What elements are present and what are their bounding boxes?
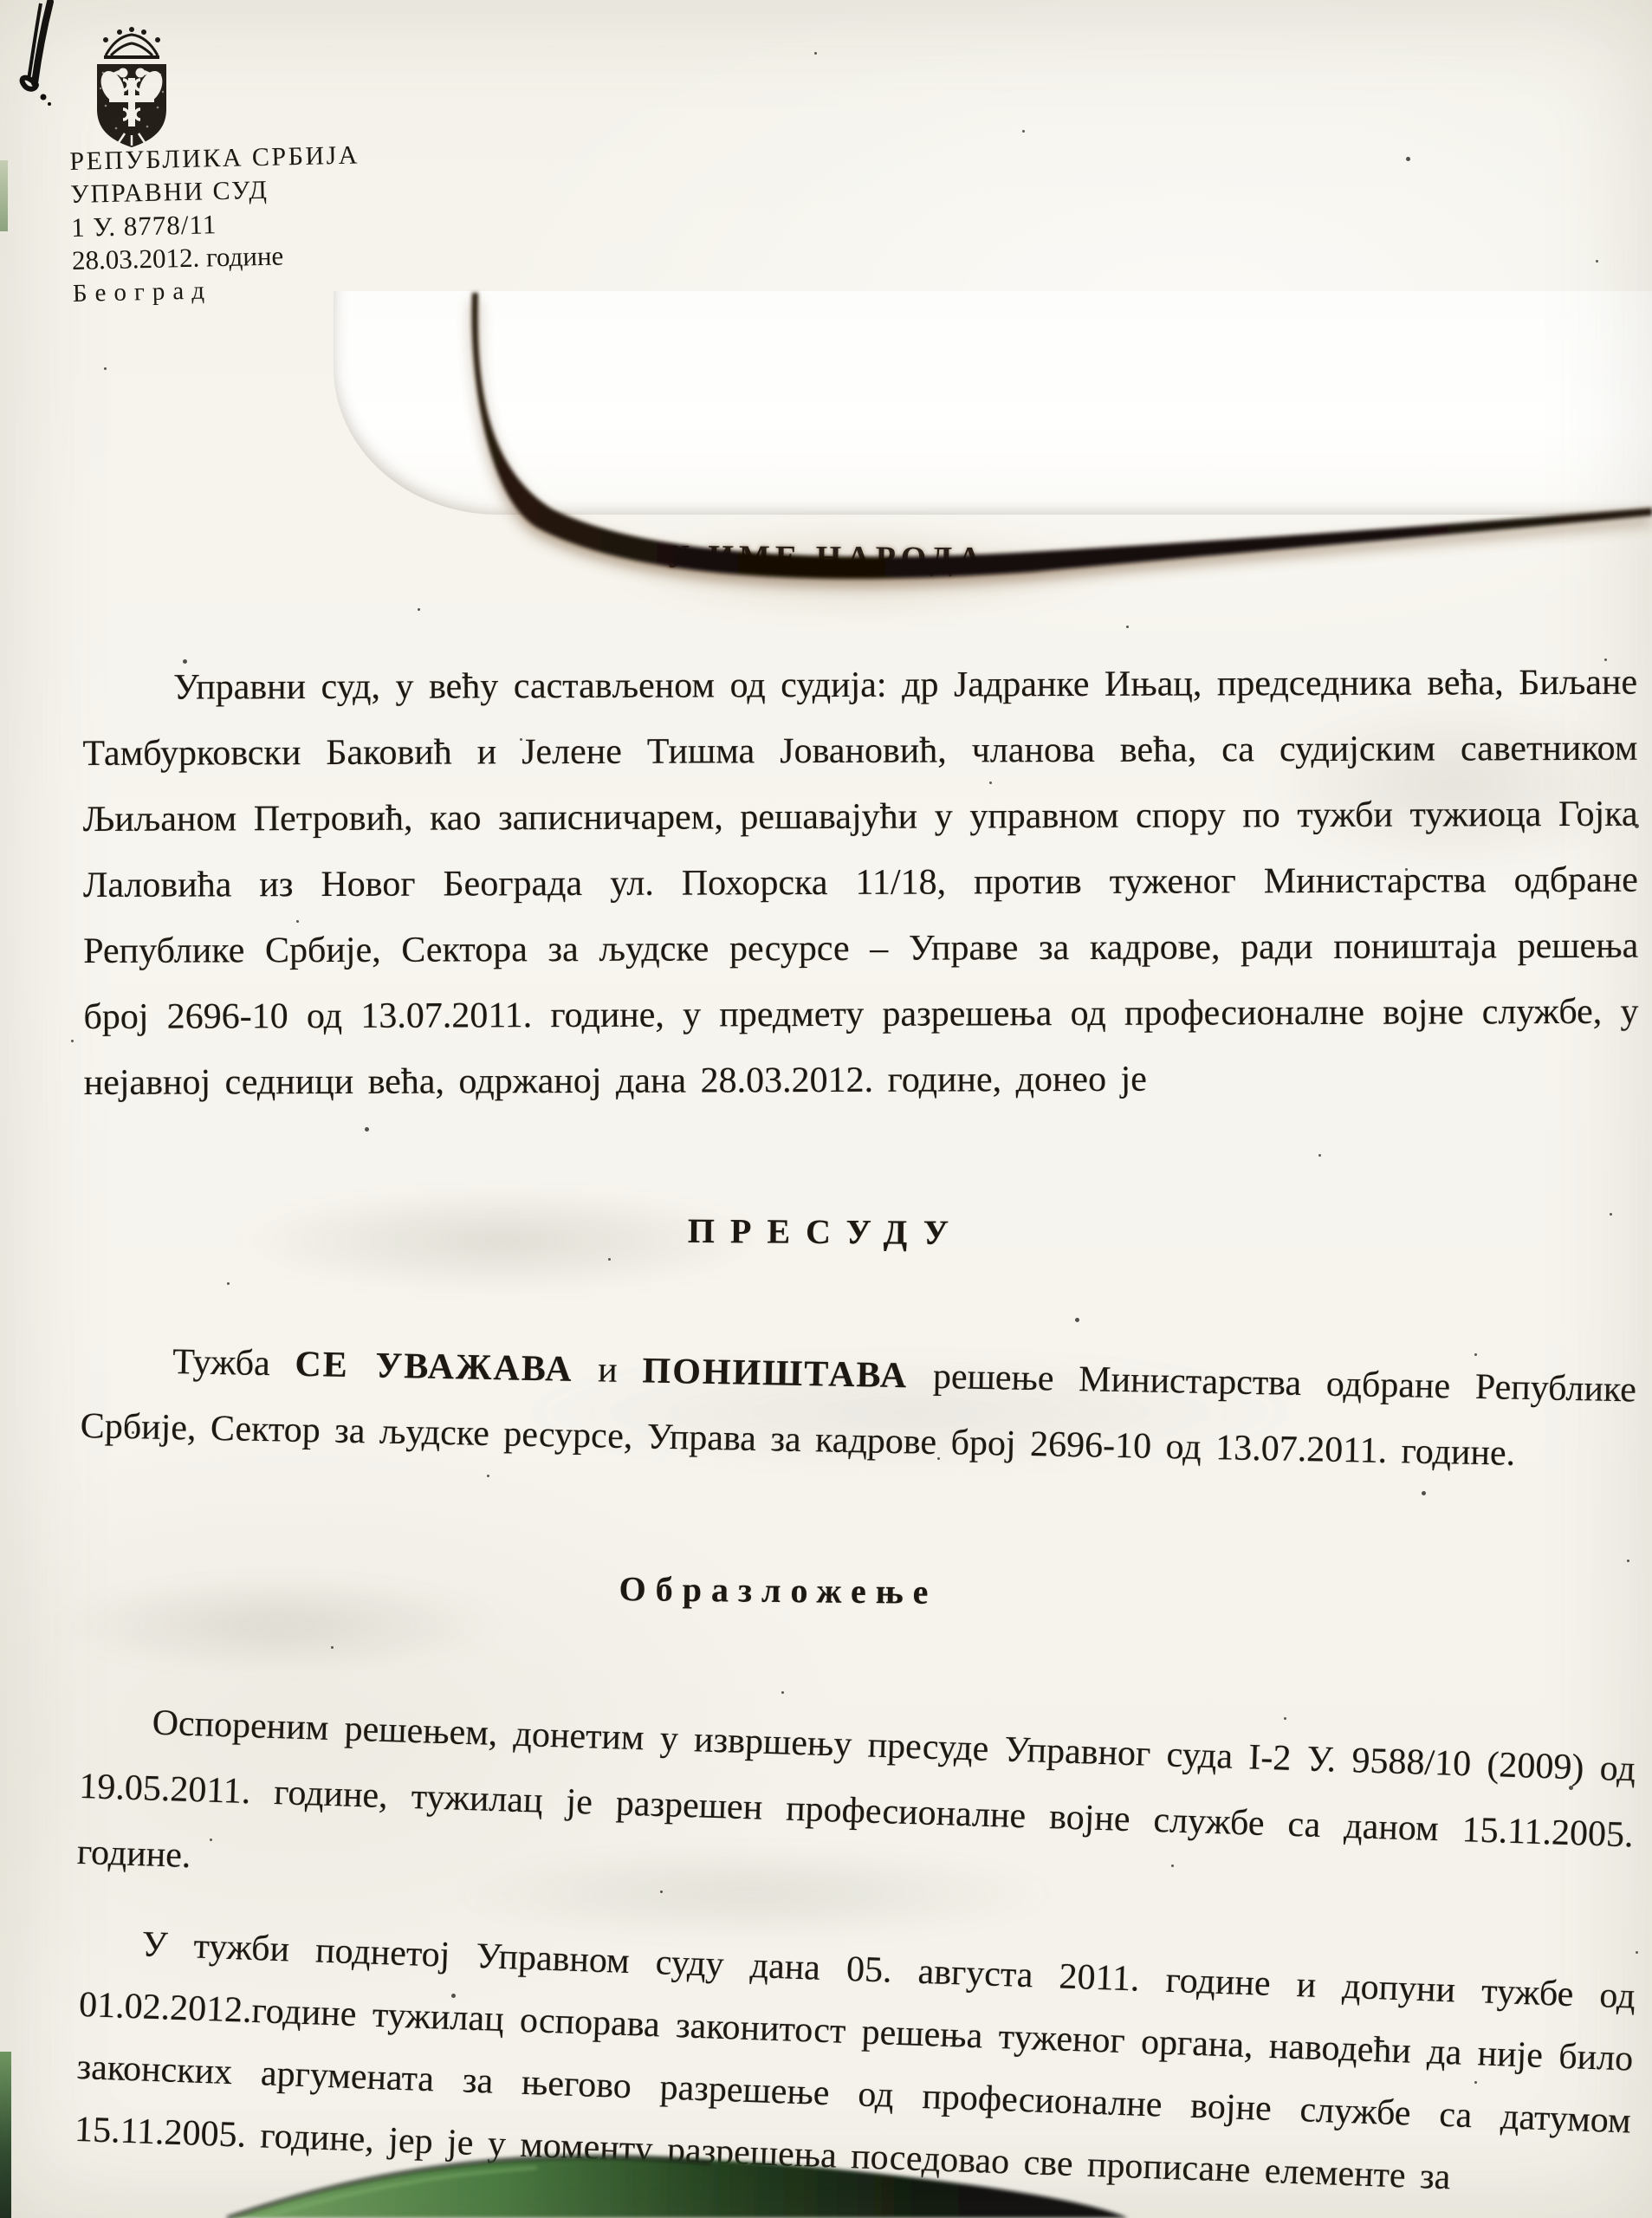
verdict-emphasis-uvazava: СЕ УВАЖАВА xyxy=(295,1345,573,1390)
document-title: У ИМЕ НАРОДА xyxy=(0,533,1652,582)
verdict-paragraph: Тужба СЕ УВАЖАВА и ПОНИШТАВА решење Мини… xyxy=(80,1327,1637,1488)
verdict-conjunction: и xyxy=(573,1350,643,1391)
verdict-emphasis-ponistava: ПОНИШТАВА xyxy=(642,1351,909,1396)
serbia-coat-of-arms-icon xyxy=(75,23,189,149)
letterhead: РЕПУБЛИКА СРБИЈА УПРАВНИ СУД 1 У. 8778/1… xyxy=(69,139,363,310)
intro-paragraph: Управни суд, у већу састављеном од судиј… xyxy=(82,650,1639,1116)
page-edge-green-sliver xyxy=(0,160,8,231)
scan-noise-speckles xyxy=(0,0,3,3)
reasoning-paragraph-1: Оспореним решењем, донетим у извршењу пр… xyxy=(76,1688,1636,1934)
scanned-document-page: РЕПУБЛИКА СРБИЈА УПРАВНИ СУД 1 У. 8778/1… xyxy=(0,0,1652,2218)
verdict-lead: Тужба xyxy=(172,1342,295,1385)
reasoning-paragraph-2: У тужби поднетој Управном суду дана 05. … xyxy=(74,1911,1636,2215)
page-edge-green-strip xyxy=(0,2052,11,2218)
overlapping-page-highlight xyxy=(334,291,1652,515)
letterhead-country: РЕПУБЛИКА СРБИЈА xyxy=(69,139,360,178)
letterhead-city: Београд xyxy=(72,270,362,310)
handwritten-pen-mark-icon xyxy=(0,0,113,130)
